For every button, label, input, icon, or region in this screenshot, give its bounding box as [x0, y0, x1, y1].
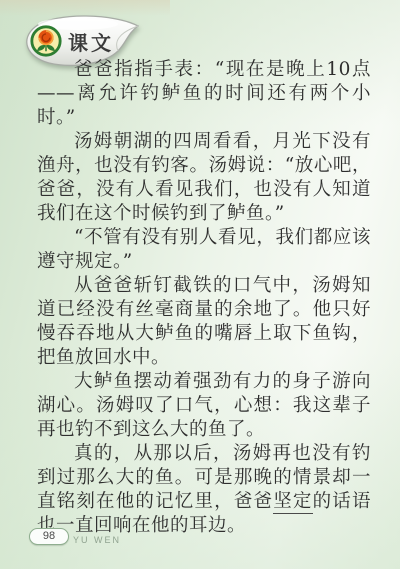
pep-flower-logo	[29, 24, 63, 58]
page-footer: 98 YU WEN	[29, 528, 121, 545]
text-segment: 爸爸指指手表：“现在是晚上10点——离允许钓鲈鱼的时间还有两个小时。”	[37, 59, 371, 128]
text-segment: 汤姆朝湖的四周看看，月光下没有渔舟，也没有钓客。汤姆说：“放心吧，爸爸，没有人看…	[37, 131, 371, 224]
paragraph: 汤姆朝湖的四周看看，月光下没有渔舟，也没有钓客。汤姆说：“放心吧，爸爸，没有人看…	[37, 130, 371, 226]
page-number: 98	[43, 530, 55, 542]
paragraph: 从爸爸斩钉截铁的口气中，汤姆知道已经没有丝毫商量的余地了。他只好慢吞吞地从大鲈鱼…	[37, 274, 371, 370]
footer-label: YU WEN	[73, 535, 121, 545]
lesson-badge-label: 课文	[68, 27, 114, 56]
text-segment: 从爸爸斩钉截铁的口气中，汤姆知道已经没有丝毫商量的余地了。他只好慢吞吞地从大鲈鱼…	[37, 275, 371, 368]
text-segment: 大鲈鱼摆动着强劲有力的身子游向湖心。汤姆叹了口气，心想：我这辈子再也钓不到这么大…	[37, 371, 371, 440]
page-number-badge: 98	[29, 528, 69, 545]
paragraph: 爸爸指指手表：“现在是晚上10点——离允许钓鲈鱼的时间还有两个小时。”	[37, 58, 371, 130]
paragraph: 真的，从那以后，汤姆再也没有钓到过那么大的鱼。可是那晚的情景却一直铭刻在他的记忆…	[37, 442, 371, 538]
textbook-page: 课文 爸爸指指手表：“现在是晚上10点——离允许钓鲈鱼的时间还有两个小时。”汤姆…	[0, 0, 400, 569]
text-body: 爸爸指指手表：“现在是晚上10点——离允许钓鲈鱼的时间还有两个小时。”汤姆朝湖的…	[37, 58, 371, 538]
text-segment: “不管有没有别人看见，我们都应该遵守规定。”	[37, 227, 371, 272]
paragraph: 大鲈鱼摆动着强劲有力的身子游向湖心。汤姆叹了口气，心想：我这辈子再也钓不到这么大…	[37, 370, 371, 442]
paragraph: “不管有没有别人看见，我们都应该遵守规定。”	[37, 226, 371, 274]
vocab-underlined: 坚定	[273, 491, 312, 514]
